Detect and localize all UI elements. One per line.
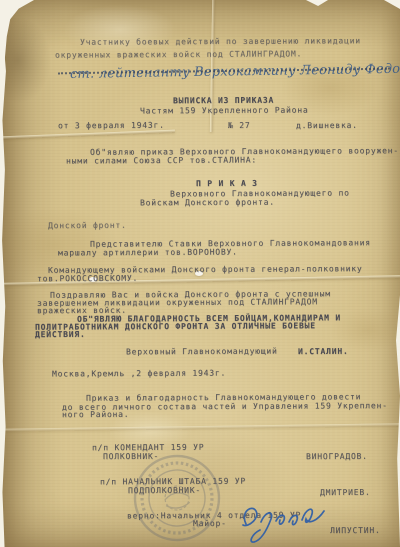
order-date: от 3 февраля 1943г. (58, 121, 165, 131)
intro-line2: ными силами Союза ССР тов.СТАЛИНА: (66, 156, 257, 166)
scanned-document-page: Участнику боевых действий по завершению … (0, 0, 400, 547)
signatory3-name: ЛИПУСТИН. (330, 526, 381, 535)
recipient-note-line1: Участнику боевых действий по завершению … (80, 36, 361, 46)
round-stamp-icon (125, 446, 229, 547)
order-heading-line1: П Р И К А З (196, 179, 258, 188)
signatory2-name: ДМИТРИЕВ. (320, 488, 371, 497)
signature-scrawl (236, 500, 328, 544)
order-number: № 27 (228, 121, 251, 130)
order-heading-line3: Войскам Донского фронта. (140, 198, 275, 208)
addressee2-line2: тов.РОКОССОВСКОМУ. (37, 274, 138, 284)
gratitude-line3: ДЕЙСТВИЯ. (35, 330, 86, 339)
signatory1-name: ВИНОГРАДОВ. (306, 452, 368, 461)
signed-by-name: И.СТАЛИН. (298, 347, 349, 356)
extract-title-line1: ВЫПИСКА ИЗ ПРИКАЗА (173, 96, 274, 106)
dateline: Москва,Кремль ,2 февраля 1943г. (52, 369, 226, 379)
order-place: д.Вишневка. (296, 121, 358, 130)
front-label: Донской фронт. (48, 221, 127, 230)
recipient-note-line2: окруженных вражеских войск под СТАЛИНГРА… (55, 49, 302, 59)
addressee1-line2: маршалу артиллерии тов.ВОРОНОВУ. (58, 248, 238, 258)
instruction-line3: ного Района. (62, 410, 129, 419)
signed-by-role: Верховный Главнокомандующий (126, 347, 278, 357)
extract-title-line2: Частям 159 Укрепленного Района (140, 106, 309, 116)
